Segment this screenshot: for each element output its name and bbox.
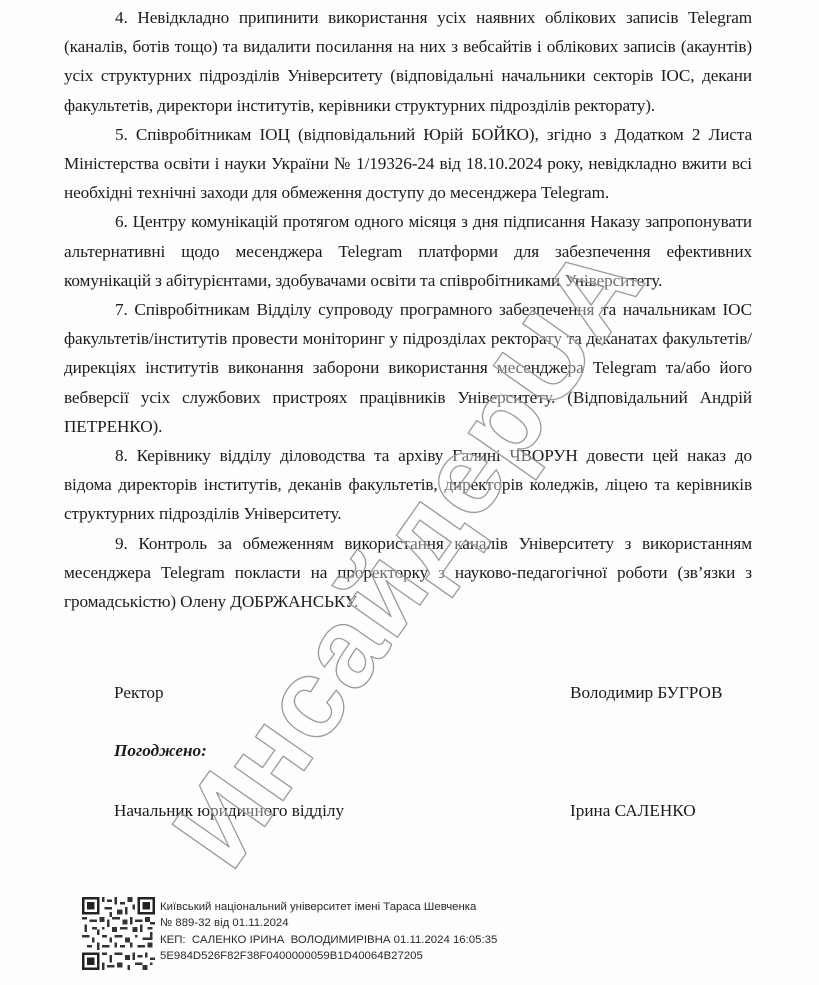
rector-name: Володимир БУГРОВ [570,682,722,704]
paragraph-5: 5. Співробітникам ІОЦ (відповідальний Юр… [64,120,752,208]
paragraph-6: 6. Центру комунікацій протягом одного мі… [64,207,752,295]
legal-head-position: Начальник юридичного відділу [114,800,344,822]
qr-code-icon [82,897,155,970]
paragraph-4: 4. Невідкладно припинити використання ус… [64,3,752,120]
document-page: 4. Невідкладно припинити використання ус… [0,0,819,985]
stamp-doc-number: № 889-32 від 01.11.2024 [160,915,497,931]
rector-position: Ректор [114,682,164,704]
legal-head-name: Ірина САЛЕНКО [570,800,696,822]
stamp-signer: КЕП: САЛЕНКО ІРИНА ВОЛОДИМИРІВНА 01.11.2… [160,932,497,948]
paragraph-9: 9. Контроль за обмеженням використання к… [64,529,752,617]
stamp-certificate: 5E984D526F82F38F0400000059B1D40064B27205 [160,948,497,964]
agreed-label: Погоджено: [114,741,207,761]
paragraph-8: 8. Керівнику відділу діловодства та архі… [64,441,752,529]
order-body: 4. Невідкладно припинити використання ус… [64,3,752,616]
stamp-institution: Київський національний університет імені… [160,899,497,915]
paragraph-7: 7. Співробітникам Відділу супроводу прог… [64,295,752,441]
stamp-text: Київський національний університет імені… [160,899,497,965]
